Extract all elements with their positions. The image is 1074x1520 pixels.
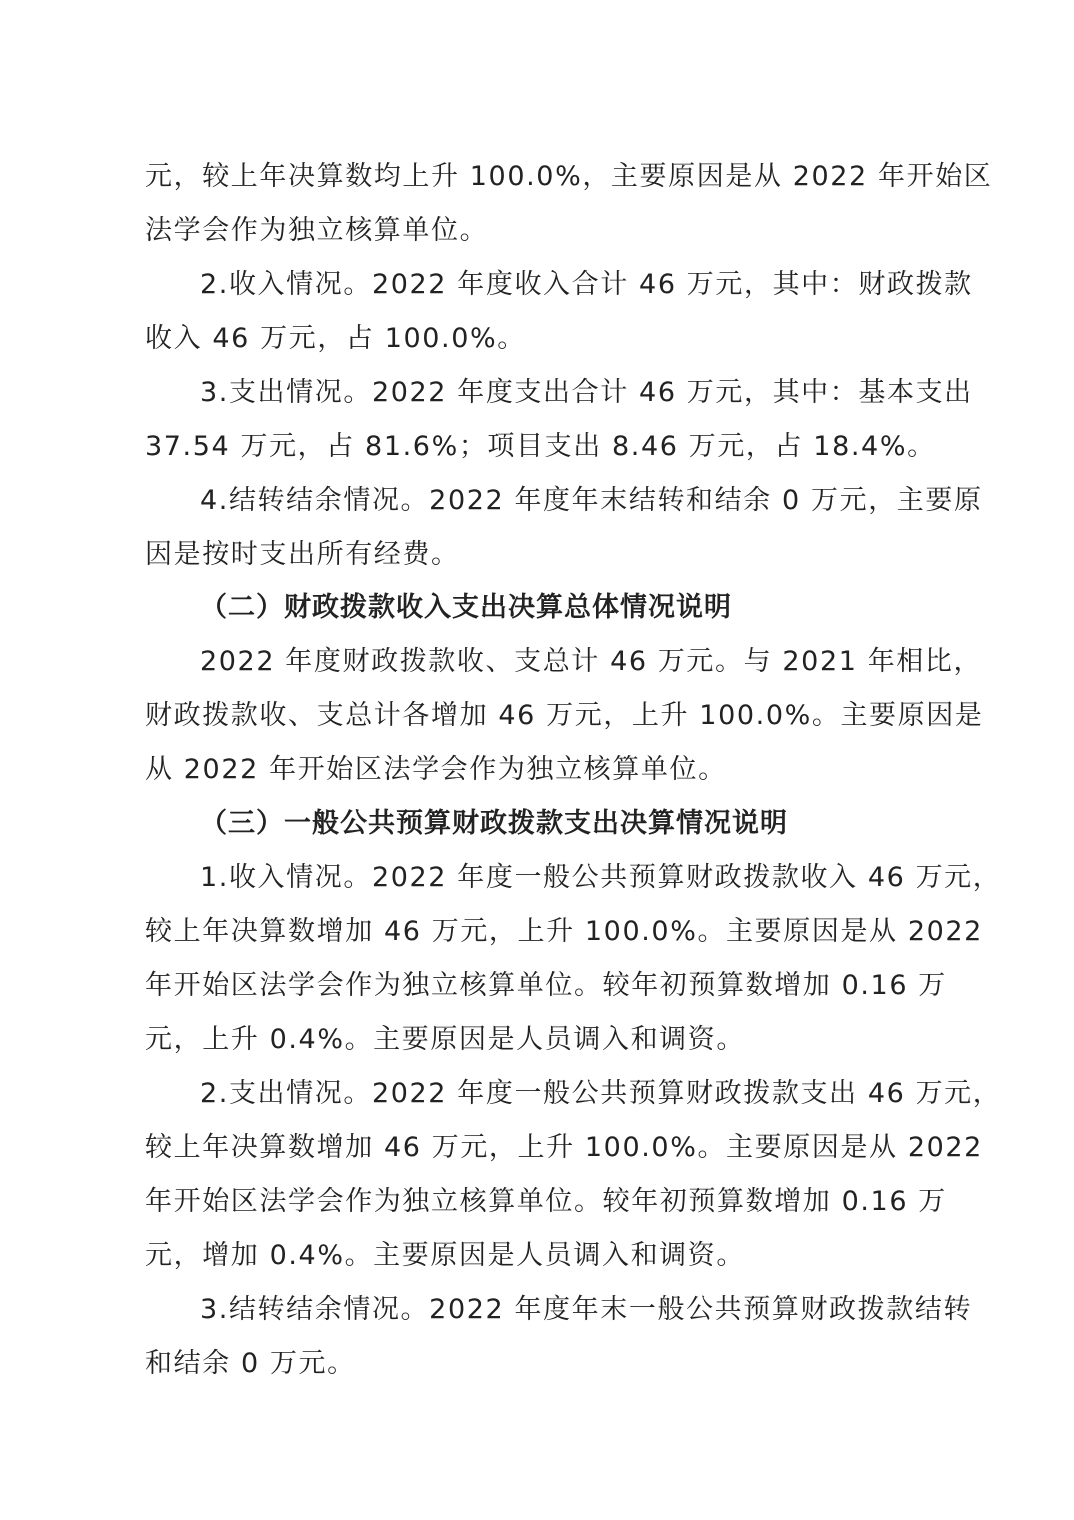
document-page: 元，较上年决算数均上升 100.0%，主要原因是从 2022 年开始区 法学会作… (0, 0, 1074, 1520)
paragraph-line: 财政拨款收、支总计各增加 46 万元，上升 100.0%。主要原因是 (145, 696, 945, 736)
paragraph-line: 3.支出情况。2022 年度支出合计 46 万元，其中：基本支出 (200, 373, 945, 413)
paragraph-line: 1.收入情况。2022 年度一般公共预算财政拨款收入 46 万元， (200, 858, 945, 898)
paragraph-line: 较上年决算数增加 46 万元，上升 100.0%。主要原因是从 2022 (145, 1128, 945, 1168)
paragraph-line: 37.54 万元，占 81.6%；项目支出 8.46 万元，占 18.4%。 (145, 427, 945, 467)
section-heading: （三）一般公共预算财政拨款支出决算情况说明 (200, 804, 945, 844)
paragraph-line: 元，上升 0.4%。主要原因是人员调入和调资。 (145, 1020, 945, 1060)
paragraph-line: 从 2022 年开始区法学会作为独立核算单位。 (145, 750, 945, 790)
paragraph-line: 较上年决算数增加 46 万元，上升 100.0%。主要原因是从 2022 (145, 912, 945, 952)
paragraph-line: 法学会作为独立核算单位。 (145, 211, 945, 251)
paragraph-line: 因是按时支出所有经费。 (145, 535, 945, 575)
paragraph-line: 2.收入情况。2022 年度收入合计 46 万元，其中：财政拨款 (200, 265, 945, 305)
paragraph-line: 收入 46 万元，占 100.0%。 (145, 319, 945, 359)
section-heading: （二）财政拨款收入支出决算总体情况说明 (200, 588, 945, 628)
paragraph-line: 2.支出情况。2022 年度一般公共预算财政拨款支出 46 万元， (200, 1074, 945, 1114)
paragraph-line: 和结余 0 万元。 (145, 1344, 945, 1384)
paragraph-line: 年开始区法学会作为独立核算单位。较年初预算数增加 0.16 万 (145, 1182, 945, 1222)
paragraph-line: 4.结转结余情况。2022 年度年末结转和结余 0 万元，主要原 (200, 481, 945, 521)
paragraph-line: 年开始区法学会作为独立核算单位。较年初预算数增加 0.16 万 (145, 966, 945, 1006)
paragraph-line: 元，增加 0.4%。主要原因是人员调入和调资。 (145, 1236, 945, 1276)
paragraph-line: 元，较上年决算数均上升 100.0%，主要原因是从 2022 年开始区 (145, 157, 945, 197)
paragraph-line: 2022 年度财政拨款收、支总计 46 万元。与 2021 年相比， (200, 642, 945, 682)
paragraph-line: 3.结转结余情况。2022 年度年末一般公共预算财政拨款结转 (200, 1290, 945, 1330)
